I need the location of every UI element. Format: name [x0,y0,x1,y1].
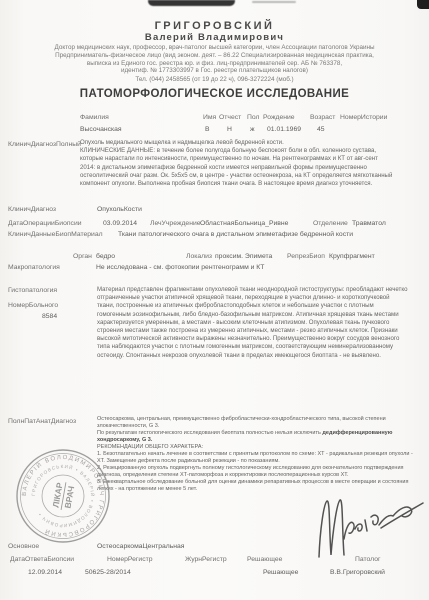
patient-birth-label: Рождение [263,114,295,121]
doctor-surname: ГРИГОРОВСКИЙ [0,20,429,32]
represent-value: Крупфрагмент [329,253,375,260]
register-number-value: 50625-28/2014 [85,569,131,576]
patient-surname-label: Фамилия [80,114,109,121]
decisive-value: Решающее [263,569,298,576]
scan-artifact-top [148,0,235,6]
scanned-pathology-report: ГРИГОРОВСКИЙ Валерий Владимирович Доктор… [0,0,429,600]
decisive-label: Решающее [247,556,282,563]
biopsy-material-value: Ткани патологического очага в дистальном… [118,231,353,238]
department-label: Отделение [313,220,348,227]
conclusion-label: Основное [8,543,39,550]
patient-history-label: НомерИстории [340,114,387,121]
pathologist-value: В.В.Григоровский [330,569,385,576]
macropathology-label: Макропатология [8,264,60,271]
patient-age-value: 45 [317,126,325,133]
histopathology-label: Гистопатология [8,287,57,294]
localization-label: Локализ [186,253,212,260]
macropathology-value: Не исследована - см. фотокопии рентгеног… [96,264,264,271]
patient-name-value: В [205,126,210,133]
patient-age-label: Возраст [310,114,335,121]
patient-sex-value: ж [250,126,255,133]
patient-number-label: НомерБольного [8,302,58,309]
journal-register-label: ЖурнРегистр [185,556,227,563]
document-title: ПАТОМОРФОЛОГИЧЕСКОЕ ИССЛЕДОВАНИЕ [0,88,429,100]
patient-name-label: Имя [203,114,216,121]
localization-value: проксим. Эпимета [215,253,272,260]
conclusion-value: ОстеосаркомаЦентральная [97,543,184,550]
scan-artifact-smudge [252,1,296,3]
clinical-diagnosis-label: КлиничДиагноз [8,206,56,213]
clinical-diagnosis-full-label: КлиничДиагнозПолный [8,141,81,148]
patient-patronymic-value: Н [227,126,232,133]
clinical-diagnosis-value: ОпухольКости [97,206,142,213]
patient-number-value: 8584 [42,313,57,320]
patient-patronymic-label: Отчест [219,114,241,121]
operation-date-label: ДатаОперацииБиопсии [8,220,82,227]
histopathology-text: Материал представлен фрагментами опухоле… [97,286,429,360]
pathoanatomical-diagnosis-label: ПолнПатАнатДиагноз [8,418,76,425]
register-number-label: НомерРегистр [107,556,153,563]
facility-label: ЛечУчреждение [150,220,201,227]
operation-date-value: 03.09.2014 [103,220,137,227]
doctor-registration: Предприниматель-физическое лицо (вид эко… [0,52,429,75]
doctor-name: Валерий Владимирович [0,32,429,43]
answer-date-label: ДатаОтветаБиопсии [10,556,74,563]
pathologist-label: Патолог [355,556,381,563]
scan-artifact-corner [417,0,429,9]
doctor-phone: Тел. (044) 2458565 (от 19 до 22 ч), 096-… [0,76,429,84]
patient-birth-value: 01.01.1969 [267,126,301,133]
patient-sex-label: Пол [247,114,259,121]
answer-date-value: 12.09.2014 [28,569,62,576]
organ-label: Орган [73,253,92,260]
biopsy-material-label: КлиничДанныеБиопМатериал [8,231,103,238]
facility-value: ОбластнаяБольница_Ривне [200,220,288,227]
doctor-seal-stamp: ВАЛЕРІЙ ВОЛОДИМИРОВИЧ ГРИГОРОВСЬКИЙ ГРИГ… [8,441,118,551]
doctor-credentials: Доктор медицинских наук, профессор, врач… [0,44,429,52]
department-value: Травматол [352,220,386,227]
organ-value: бедро [96,253,115,260]
clinical-diagnosis-full-text: Опухоль медиального мыщелка и надмыщелка… [80,139,425,188]
represent-label: РепрезБиоп [287,253,325,260]
patient-surname-value: Высочанская [80,126,122,133]
